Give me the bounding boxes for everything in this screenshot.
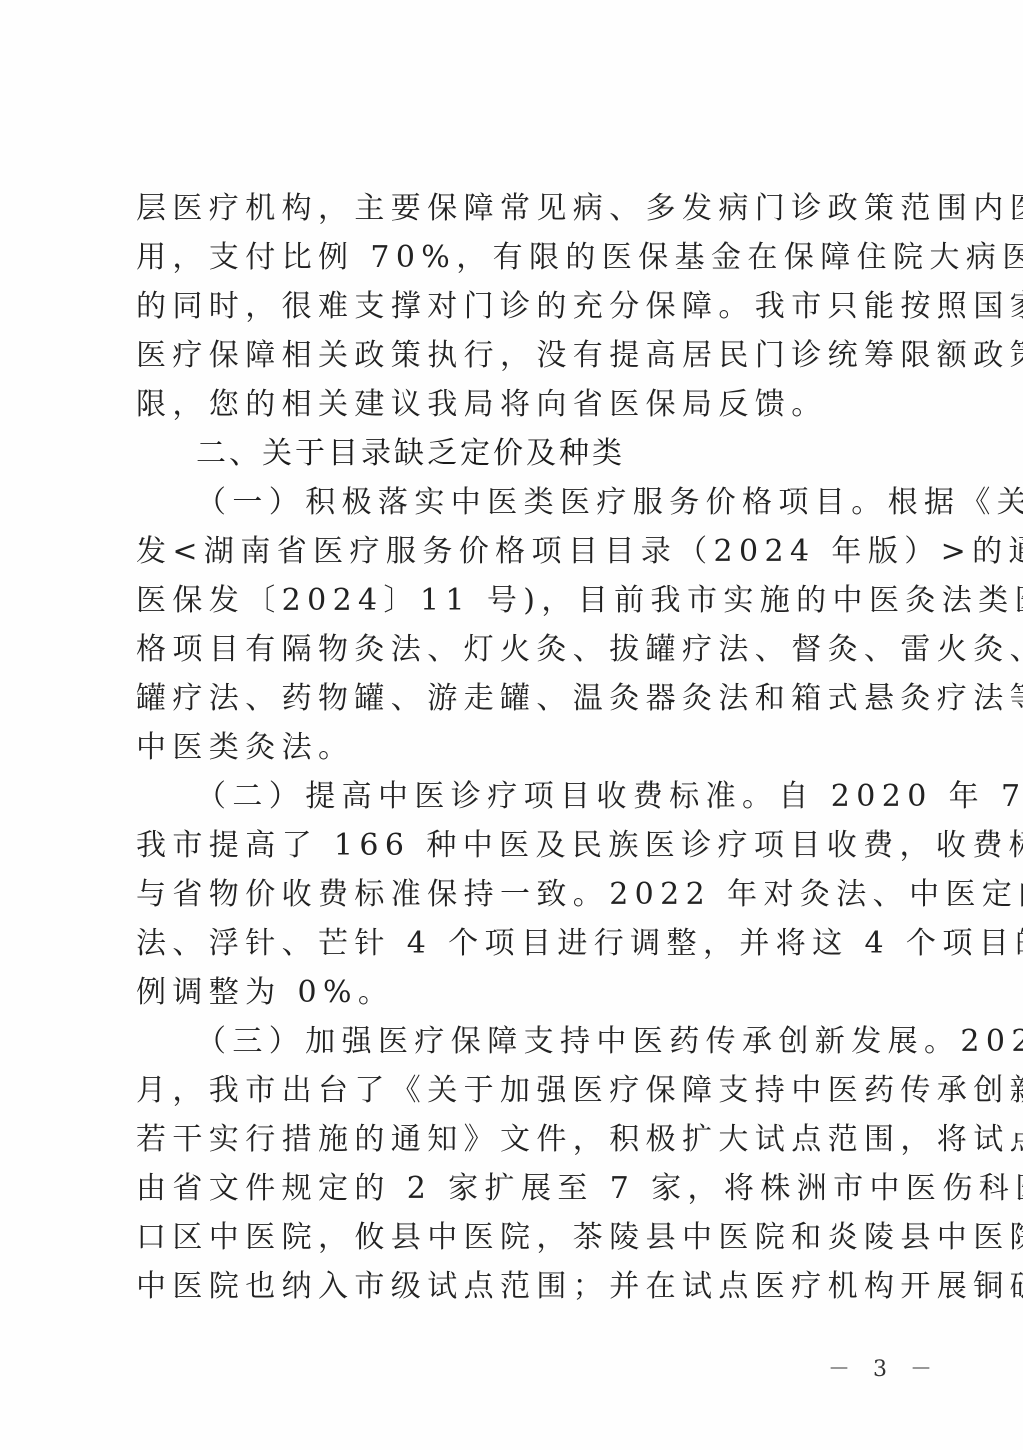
paragraph-line: 发<湖南省医疗服务价格项目目录（2024 年版）>的通知》（湘 — [136, 527, 872, 576]
paragraph-line: 与省物价收费标准保持一致。2022 年对灸法、中医定向透药疗 — [136, 870, 872, 919]
paragraph-line: 层医疗机构，主要保障常见病、多发病门诊政策范围内医疗费 — [136, 184, 872, 233]
paragraph-line: 我市提高了 166 种中医及民族医诊疗项目收费，收费标准全部 — [136, 821, 872, 870]
paragraph-line: 罐疗法、药物罐、游走罐、温灸器灸法和箱式悬灸疗法等多种 — [136, 674, 872, 723]
paragraph-line: 用，支付比例 70%，有限的医保基金在保障住院大病医疗费用 — [136, 233, 872, 282]
paragraph-line: 例调整为 0%。 — [136, 968, 872, 1017]
subsection-first-line: （三）加强医疗保障支持中医药传承创新发展。2021 年 11 — [136, 1017, 872, 1066]
paragraph-line: 月，我市出台了《关于加强医疗保障支持中医药传承创新发展 — [136, 1066, 872, 1115]
section-heading: 二、关于目录缺乏定价及种类 — [136, 429, 872, 478]
paragraph-line: 格项目有隔物灸法、灯火灸、拔罐疗法、督灸、雷火灸、扶阳 — [136, 625, 872, 674]
paragraph-line: 口区中医院，攸县中医院，茶陵县中医院和炎陵县中医院 5 家 — [136, 1213, 872, 1262]
paragraph-line: 由省文件规定的 2 家扩展至 7 家，将株洲市中医伤科医院，渌 — [136, 1164, 872, 1213]
paragraph-line: 医疗保障相关政策执行，没有提高居民门诊统筹限额政策的权 — [136, 331, 872, 380]
document-page: 层医疗机构，主要保障常见病、多发病门诊政策范围内医疗费 用，支付比例 70%，有… — [0, 0, 1023, 1450]
document-body: 层医疗机构，主要保障常见病、多发病门诊政策范围内医疗费 用，支付比例 70%，有… — [136, 184, 872, 1311]
subsection-first-line: （二）提高中医诊疗项目收费标准。自 2020 年 7 月 1 日起， — [136, 772, 872, 821]
paragraph-line: 限，您的相关建议我局将向省医保局反馈。 — [136, 380, 872, 429]
subsection-first-line: （一）积极落实中医类医疗服务价格项目。根据《关于印 — [136, 478, 872, 527]
paragraph-line: 若干实行措施的通知》文件，积极扩大试点范围，将试点医院 — [136, 1115, 872, 1164]
paragraph-line: 医保发〔2024〕11 号)，目前我市实施的中医灸法类医疗服务价 — [136, 576, 872, 625]
paragraph-line: 中医院也纳入市级试点范围；并在试点医疗机构开展铜砭刮痧、 — [136, 1262, 872, 1311]
page-number: － 3 － — [828, 1352, 940, 1383]
paragraph-line: 法、浮针、芒针 4 个项目进行调整，并将这 4 个项目的自付比 — [136, 919, 872, 968]
paragraph-line: 中医类灸法。 — [136, 723, 872, 772]
paragraph-line: 的同时，很难支撑对门诊的充分保障。我市只能按照国家、省 — [136, 282, 872, 331]
